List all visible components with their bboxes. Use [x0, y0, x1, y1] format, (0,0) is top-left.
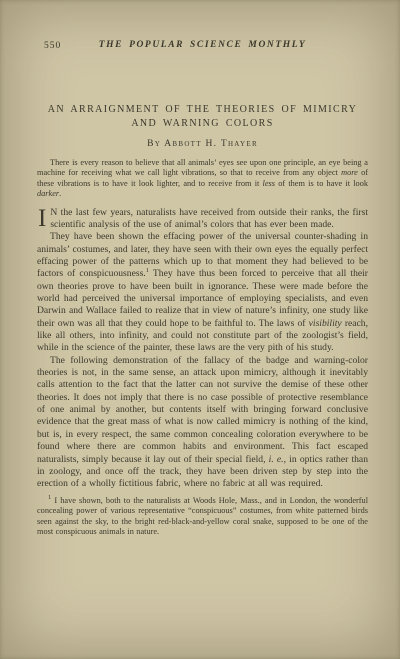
epigraph-text: . — [59, 189, 61, 198]
byline: By Abbott H. Thayer — [37, 139, 368, 149]
page-number: 550 — [44, 41, 61, 51]
body-paragraph-1: IN the last few years, naturalists have … — [37, 207, 368, 232]
article-title: AN ARRAIGNMENT OF THE THEORIES OF MIMICR… — [37, 103, 368, 131]
running-header: 550 THE POPULAR SCIENCE MONTHLY — [37, 40, 368, 53]
italic-visibility: visibility — [309, 318, 342, 329]
article-title-line1: AN ARRAIGNMENT OF THE THEORIES OF MIMICR… — [48, 104, 357, 115]
epigraph-italic-less: less — [263, 179, 275, 188]
epigraph-italic-more: more — [341, 168, 358, 177]
book-page: 550 THE POPULAR SCIENCE MONTHLY AN ARRAI… — [0, 0, 400, 659]
journal-title: THE POPULAR SCIENCE MONTHLY — [37, 40, 368, 50]
drop-cap: I — [37, 207, 50, 229]
paragraph-text: The following demonstration of the falla… — [37, 355, 368, 465]
epigraph-paragraph: There is every reason to believe that al… — [37, 158, 368, 200]
article-title-line2: AND WARNING COLORS — [131, 118, 273, 129]
body-paragraph-2: They have been shown the effacing power … — [37, 231, 368, 354]
footnote-paragraph: 1 I have shown, both to the naturalists … — [37, 496, 368, 538]
paragraph-text: N the last few years, naturalists have r… — [50, 207, 368, 230]
page-content: 550 THE POPULAR SCIENCE MONTHLY AN ARRAI… — [37, 40, 368, 538]
epigraph-italic-darker: darker — [37, 189, 59, 198]
epigraph-text: There is every reason to believe that al… — [37, 158, 368, 177]
footnote-text: I have shown, both to the naturalists at… — [37, 496, 368, 537]
body-paragraph-3: The following demonstration of the falla… — [37, 355, 368, 491]
italic-ie: i. e., — [269, 454, 286, 465]
epigraph-text: of them is to have it look — [275, 179, 368, 188]
